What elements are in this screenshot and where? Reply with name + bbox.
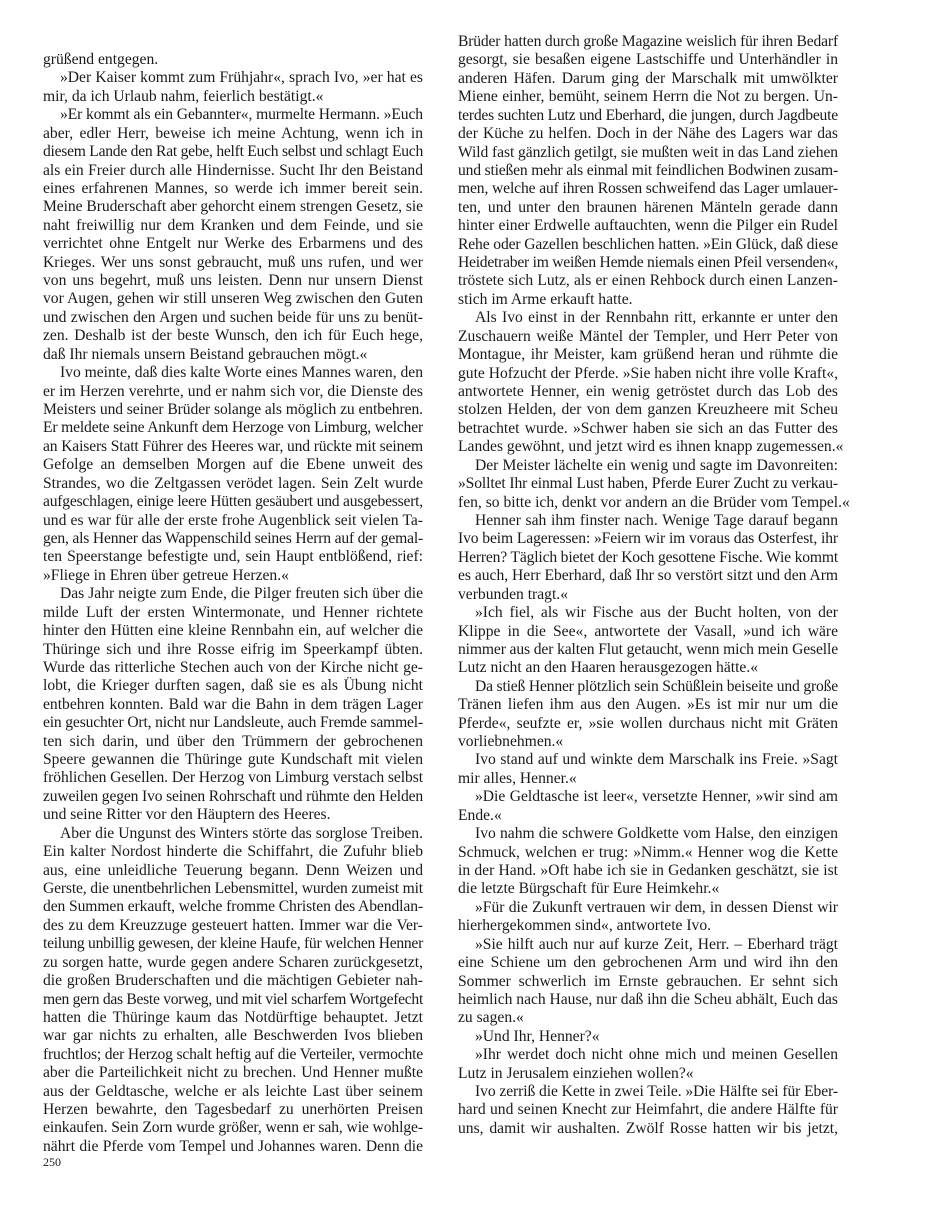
text-line: hinter den Hütten eine kleine Rennbahn e… bbox=[43, 622, 423, 640]
text-line: Gefolge an demselben Morgen auf die Eben… bbox=[43, 456, 423, 474]
text-line: den Summen erkauft, welche fromme Christ… bbox=[43, 898, 423, 916]
paragraph: »Sie hilft auch nur auf kurze Zeit, Herr… bbox=[458, 936, 838, 1028]
text-line: Sommer schwerlich im Ernste gebrauchen. … bbox=[458, 973, 838, 991]
paragraph: Als Ivo einst in der Rennbahn ritt, erka… bbox=[458, 309, 838, 456]
text-line: fen, so bitte ich, denkt vor andern an d… bbox=[458, 494, 838, 512]
text-line: war gar nichts zu erhalten, alle Beschwe… bbox=[43, 1027, 423, 1045]
text-line: mir alles, Henner.« bbox=[458, 770, 838, 788]
text-line: gen, als Henner das Wappenschild seines … bbox=[43, 530, 423, 548]
text-line: hierhergekommen sind«, antwortete Ivo. bbox=[458, 917, 838, 935]
text-line: und seine Ritter vor den Häuptern des He… bbox=[43, 806, 423, 824]
paragraph: Aber die Ungunst des Winters störte das … bbox=[43, 825, 423, 1157]
text-line: Speere gewannen die Thüringe gute Kundsc… bbox=[43, 751, 423, 769]
text-line: Ivo meinte, daß dies kalte Worte eines M… bbox=[43, 364, 423, 382]
paragraph: Ivo meinte, daß dies kalte Worte eines M… bbox=[43, 364, 423, 585]
paragraph: »Die Geldtasche ist leer«, versetzte Hen… bbox=[458, 788, 838, 825]
text-line: aus, eine unleidliche Teuerung begann. D… bbox=[43, 862, 423, 880]
text-line: Er meldete seine Ankunft dem Herzoge von… bbox=[43, 419, 423, 437]
text-line: als ein Freier durch alle Hindernisse. S… bbox=[43, 162, 423, 180]
text-line: men gern das Beste vorweg, und mit viel … bbox=[43, 991, 423, 1009]
text-line: Henner sah ihm finster nach. Wenige Tage… bbox=[458, 512, 838, 530]
paragraph: »Ihr werdet doch nicht ohne mich und mei… bbox=[458, 1046, 838, 1083]
text-line: »Sie hilft auch nur auf kurze Zeit, Herr… bbox=[458, 936, 838, 954]
text-line: Rehe oder Gazellen beschlichen hatten. »… bbox=[458, 236, 838, 254]
text-line: »Und Ihr, Henner?« bbox=[458, 1028, 838, 1046]
text-line: aufgeschlagen, einige leere Hütten gesäu… bbox=[43, 493, 423, 511]
text-line: entbehren konnten. Bald war die Bahn in … bbox=[43, 696, 423, 714]
paragraph: Ivo nahm die schwere Goldkette vom Halse… bbox=[458, 825, 838, 899]
text-line: Klippe in die See«, antwortete der Vasal… bbox=[458, 623, 838, 641]
text-line: Tränen liefen ihm aus den Augen. »Es ist… bbox=[458, 696, 838, 714]
text-line: und es war für alle der erste frohe Auge… bbox=[43, 512, 423, 530]
text-line: Schmuck, welchen er trug: »Nimm.« Henner… bbox=[458, 844, 838, 862]
paragraph: Das Jahr neigte zum Ende, die Pilger fre… bbox=[43, 585, 423, 824]
text-line: Meisters und seiner Brüder solange als m… bbox=[43, 401, 423, 419]
text-line: und zwischen den Argen und suchen beide … bbox=[43, 309, 423, 327]
text-line: Heidetraber im weißen Hemde niemals eine… bbox=[458, 254, 838, 272]
text-line: Der Meister lächelte ein wenig und sagte… bbox=[458, 457, 838, 475]
text-line: gesorgt, sie besaßen eigene Lastschiffe … bbox=[458, 51, 838, 69]
text-line: Lutz in Jerusalem einziehen wollen?« bbox=[458, 1065, 838, 1083]
text-line: zu sorgen hatte, wurde gegen andere Scha… bbox=[43, 954, 423, 972]
text-line: »Für die Zukunft vertrauen wir dem, in d… bbox=[458, 899, 838, 917]
text-line: vor Augen, gehen wir still unseren Weg z… bbox=[43, 290, 423, 308]
text-line: Ivo nahm die schwere Goldkette vom Halse… bbox=[458, 825, 838, 843]
left-text-column: grüßend entgegen.»Der Kaiser kommt zum F… bbox=[43, 51, 423, 1156]
text-line: einkaufen. Sein Zorn wurde größer, wenn … bbox=[43, 1119, 423, 1137]
book-page: grüßend entgegen.»Der Kaiser kommt zum F… bbox=[0, 0, 935, 1210]
text-line: an Kaisers Statt Führer des Heeres war, … bbox=[43, 438, 423, 456]
text-line: Thüringe sich und ihre Rosse eifrig im S… bbox=[43, 641, 423, 659]
text-line: terdes suchten Lutz und Eberhard, die ju… bbox=[458, 107, 838, 125]
text-line: zen. Deshalb ist der beste Wunsch, den i… bbox=[43, 327, 423, 345]
paragraph: Ivo stand auf und winkte dem Marschalk i… bbox=[458, 751, 838, 788]
text-line: ein gesuchter Ort, nicht nur Landsleute,… bbox=[43, 714, 423, 732]
text-line: ten, und unter den braunen härenen Mänte… bbox=[458, 199, 838, 217]
text-line: Pferde«, seufzte er, »sie wollen durchau… bbox=[458, 715, 838, 733]
text-line: es auch, Herr Eberhard, daß Ihr so verst… bbox=[458, 567, 838, 585]
text-line: »Der Kaiser kommt zum Frühjahr«, sprach … bbox=[43, 69, 423, 87]
text-line: lobt, die Krieger durften sagen, daß sie… bbox=[43, 677, 423, 695]
text-line: Da stieß Henner plötzlich sein Schüßlein… bbox=[458, 678, 838, 696]
paragraph: grüßend entgegen. bbox=[43, 51, 423, 69]
text-line: Landes gewöhnt, und jetzt wird es ihnen … bbox=[458, 438, 838, 456]
text-line: betrachtet wurde. »Schwer haben sie sich… bbox=[458, 420, 838, 438]
text-line: Das Jahr neigte zum Ende, die Pilger fre… bbox=[43, 585, 423, 603]
text-line: gute Hofzucht der Pferde. »Sie haben nic… bbox=[458, 365, 838, 383]
text-line: hard und seinen Knecht zur Heimfahrt, di… bbox=[458, 1101, 838, 1119]
text-line: »Er kommt als ein Gebannter«, murmelte H… bbox=[43, 106, 423, 124]
paragraph: Da stieß Henner plötzlich sein Schüßlein… bbox=[458, 678, 838, 752]
text-line: aber die Parteilichkeit nicht zu brechen… bbox=[43, 1064, 423, 1082]
text-line: Wurde das ritterliche Stechen auch von d… bbox=[43, 659, 423, 677]
text-line: die großen Bruderschaften und die mächti… bbox=[43, 972, 423, 990]
text-line: Krieges. Wer uns sonst gebraucht, muß un… bbox=[43, 254, 423, 272]
text-line: »Die Geldtasche ist leer«, versetzte Hen… bbox=[458, 788, 838, 806]
text-line: teilung unbillig gewesen, der kleine Hau… bbox=[43, 935, 423, 953]
text-line: Herren? Täglich bietet der Koch gesotten… bbox=[458, 549, 838, 567]
text-line: aus der Geldtasche, welche er als leicht… bbox=[43, 1083, 423, 1101]
text-line: hatten die Thüringe kaum das Notdürftige… bbox=[43, 1009, 423, 1027]
text-line: in der Hand. »Oft habe ich sie in Gedank… bbox=[458, 862, 838, 880]
text-line: Strandes, wo die Zeltgassen verödet lage… bbox=[43, 475, 423, 493]
text-line: Lutz nicht an den Haaren herausgezogen h… bbox=[458, 659, 838, 677]
page-number: 250 bbox=[43, 1155, 61, 1170]
text-line: des zu dem Kreuzzuge gesteuert hatten. I… bbox=[43, 917, 423, 935]
text-line: Zuschauern weiße Mäntel der Templer, und… bbox=[458, 328, 838, 346]
text-line: Herzen bewahrte, den Tagesbedarf zu uner… bbox=[43, 1101, 423, 1119]
paragraph: »Ich fiel, als wir Fische aus der Bucht … bbox=[458, 604, 838, 678]
text-line: Gerste, die unentbehrlichen Lebensmittel… bbox=[43, 880, 423, 898]
text-line: verbunden tragt.« bbox=[458, 586, 838, 604]
text-line: grüßend entgegen. bbox=[43, 51, 423, 69]
text-line: nimmer aus der kalten Flut getaucht, wen… bbox=[458, 641, 838, 659]
text-line: »Fliege in Ehren über getreue Herzen.« bbox=[43, 567, 423, 585]
paragraph: »Er kommt als ein Gebannter«, murmelte H… bbox=[43, 106, 423, 364]
text-line: vorliebnehmen.« bbox=[458, 733, 838, 751]
text-line: antwortete Henner, ein wenig getröstet d… bbox=[458, 383, 838, 401]
paragraph: »Und Ihr, Henner?« bbox=[458, 1028, 838, 1046]
text-line: Ivo beim Lageressen: »Feiern wir im vora… bbox=[458, 530, 838, 548]
text-line: uns, damit wir aushalten. Zwölf Rosse ha… bbox=[458, 1120, 838, 1138]
text-line: Miene einher, bemüht, seinem Herrn die N… bbox=[458, 88, 838, 106]
text-line: verrichtet ohne Entgelt nur Werke des Er… bbox=[43, 235, 423, 253]
paragraph: »Der Kaiser kommt zum Frühjahr«, sprach … bbox=[43, 69, 423, 106]
text-line: Montague, ihr Meister, kam grüßend heran… bbox=[458, 346, 838, 364]
text-line: Ivo stand auf und winkte dem Marschalk i… bbox=[458, 751, 838, 769]
text-line: fröhlichen Gesellen. Der Herzog von Limb… bbox=[43, 769, 423, 787]
text-line: naht freiwillig nur dem Kranken und dem … bbox=[43, 217, 423, 235]
text-line: men, welche auf ihren Rossen schweifend … bbox=[458, 180, 838, 198]
text-line: anderen Häfen. Darum ging der Marschalk … bbox=[458, 70, 838, 88]
text-line: zu sagen.« bbox=[458, 1009, 838, 1027]
text-line: Ein kalter Nordost hinderte die Schiffah… bbox=[43, 843, 423, 861]
text-line: »Ich fiel, als wir Fische aus der Bucht … bbox=[458, 604, 838, 622]
text-line: Wild fast gänzlich getilgt, sie mußten w… bbox=[458, 144, 838, 162]
text-line: Brüder hatten durch große Magazine weisl… bbox=[458, 33, 838, 51]
text-line: die letzte Bürgschaft für Eure Heimkehr.… bbox=[458, 880, 838, 898]
paragraph: Der Meister lächelte ein wenig und sagte… bbox=[458, 457, 838, 512]
text-line: »Solltet Ihr einmal Lust haben, Pferde E… bbox=[458, 475, 838, 493]
paragraph: Henner sah ihm finster nach. Wenige Tage… bbox=[458, 512, 838, 604]
text-line: Ende.« bbox=[458, 807, 838, 825]
text-line: ten Speerstange befestigte und, sein Hau… bbox=[43, 548, 423, 566]
text-line: von uns begehrt, muß uns leisten. Denn n… bbox=[43, 272, 423, 290]
text-line: eines erfahrenen Mannes, so werde ich im… bbox=[43, 180, 423, 198]
text-line: diesem Lande den Rat gebe, helft Euch se… bbox=[43, 143, 423, 161]
text-line: fruchtlos; der Herzog schalt heftig auf … bbox=[43, 1046, 423, 1064]
text-line: daß Ihr niemals unsern Beistand gebrauch… bbox=[43, 346, 423, 364]
paragraph: »Für die Zukunft vertrauen wir dem, in d… bbox=[458, 899, 838, 936]
text-line: milde Luft der ersten Wintermonate, und … bbox=[43, 604, 423, 622]
text-line: stich im Arme erkauft hatte. bbox=[458, 291, 838, 309]
text-line: er im Herzen verehrte, und er nahm sich … bbox=[43, 383, 423, 401]
text-line: Ivo zerriß die Kette in zwei Teile. »Die… bbox=[458, 1083, 838, 1101]
text-line: zuweilen gegen Ivo seinen Rohrschaft und… bbox=[43, 788, 423, 806]
text-line: Als Ivo einst in der Rennbahn ritt, erka… bbox=[458, 309, 838, 327]
text-line: tröstete sich Lutz, als er einen Rehbock… bbox=[458, 272, 838, 290]
text-line: eine Schiene um den gebrochenen Arm und … bbox=[458, 954, 838, 972]
text-line: Aber die Ungunst des Winters störte das … bbox=[43, 825, 423, 843]
text-line: »Ihr werdet doch nicht ohne mich und mei… bbox=[458, 1046, 838, 1064]
paragraph: Brüder hatten durch große Magazine weisl… bbox=[458, 33, 838, 309]
text-line: und stießen mehr als einmal mit feindlic… bbox=[458, 162, 838, 180]
right-text-column: Brüder hatten durch große Magazine weisl… bbox=[458, 33, 838, 1138]
text-line: ten sich darin, und über den Trümmern de… bbox=[43, 733, 423, 751]
paragraph: Ivo zerriß die Kette in zwei Teile. »Die… bbox=[458, 1083, 838, 1138]
text-line: hinter einer Erdwelle auftauchten, wenn … bbox=[458, 217, 838, 235]
text-line: der Küche zu helfen. Doch in der Nähe de… bbox=[458, 125, 838, 143]
text-line: nährt die Pferde vom Tempel und Johannes… bbox=[43, 1138, 423, 1156]
text-line: mir, da ich Urlaub nahm, feierlich bestä… bbox=[43, 88, 423, 106]
text-line: stolzen Helden, der von dem ganzen Kreuz… bbox=[458, 401, 838, 419]
text-line: aber, edler Herr, beweise ich meine Acht… bbox=[43, 125, 423, 143]
text-line: heimlich nach Hause, nur daß ihn die Sch… bbox=[458, 991, 838, 1009]
text-line: Meine Bruderschaft aber gehorcht einem s… bbox=[43, 198, 423, 216]
